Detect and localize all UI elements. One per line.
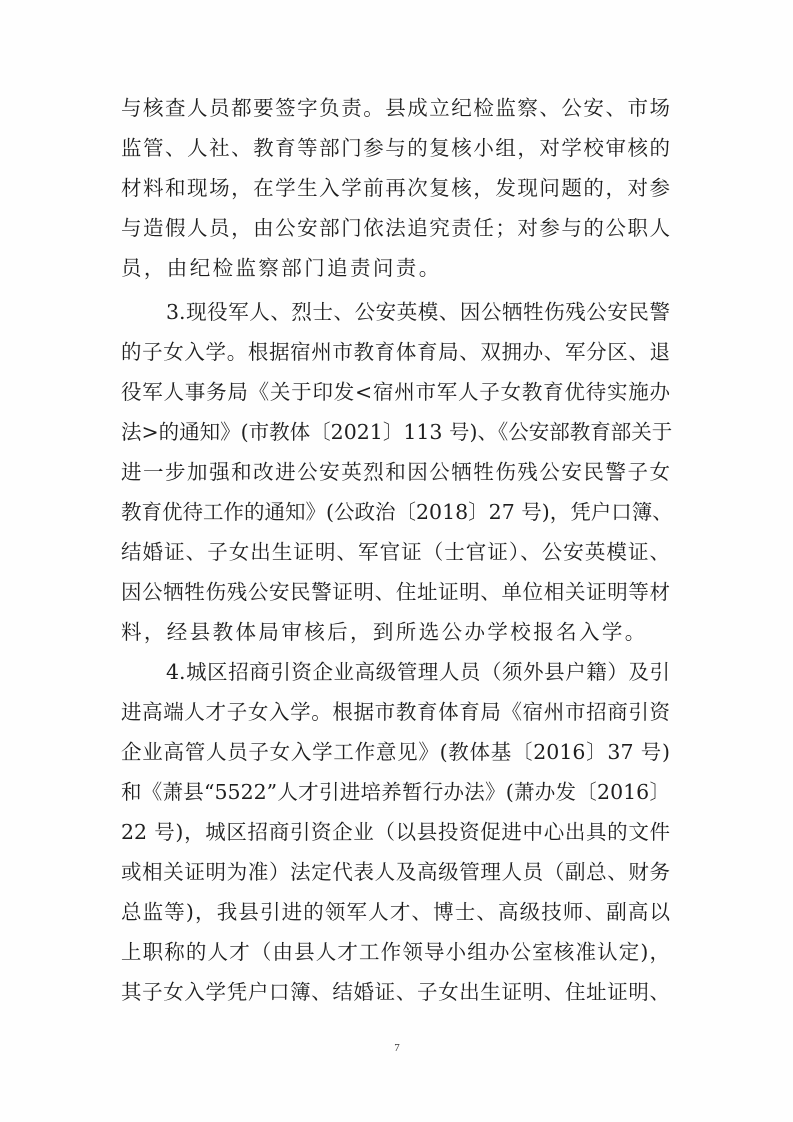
text-line: 或相关证明为准）法定代表人及高级管理人员（副总、财务 [121, 858, 670, 886]
text-line: 员，由纪检监察部门追责问责。 [121, 254, 670, 282]
text-line: 的子女入学。根据宿州市教育体育局、双拥办、军分区、退 [121, 338, 670, 366]
text-line: 法>的通知》(市教体〔2021〕113 号)、《公安部教育部关于 [121, 418, 670, 446]
text-line: 总监等)，我县引进的领军人才、博士、高级技师、副高以 [121, 898, 670, 926]
document-page: 与核查人员都要签字负责。县成立纪检监察、公安、市场 监管、人社、教育等部门参与的… [0, 0, 793, 1122]
text-line: 企业高管人员子女入学工作意见》(教体基〔2016〕37 号) [121, 738, 670, 766]
text-line: 3.现役军人、烈士、公安英模、因公牺牲伤残公安民警 [166, 298, 670, 326]
text-line: 22 号)，城区招商引资企业（以县投资促进中心出具的文件 [121, 818, 670, 846]
text-line: 进高端人才子女入学。根据市教育体育局《宿州市招商引资 [121, 698, 670, 726]
text-line: 料，经县教体局审核后，到所选公办学校报名入学。 [121, 618, 670, 646]
text-line: 其子女入学凭户口簿、结婚证、子女出生证明、住址证明、 [121, 978, 670, 1006]
text-line: 材料和现场，在学生入学前再次复核，发现问题的，对参 [121, 174, 670, 202]
text-line: 教育优待工作的通知》(公政治〔2018〕27 号)，凭户口簿、 [121, 498, 670, 526]
text-line: 结婚证、子女出生证明、军官证（士官证）、公安英模证、 [121, 538, 670, 566]
text-line: 4.城区招商引资企业高级管理人员（须外县户籍）及引 [166, 658, 670, 686]
text-line: 役军人事务局《关于印发<宿州市军人子女教育优待实施办 [121, 378, 670, 406]
text-line: 监管、人社、教育等部门参与的复核小组，对学校审核的 [121, 134, 670, 162]
text-line: 上职称的人才（由县人才工作领导小组办公室核准认定)， [121, 938, 670, 966]
text-line: 和《萧县“5522”人才引进培养暂行办法》(萧办发〔2016〕 [121, 778, 670, 806]
text-line: 因公牺牲伤残公安民警证明、住址证明、单位相关证明等材 [121, 578, 670, 606]
text-line: 与核查人员都要签字负责。县成立纪检监察、公安、市场 [121, 94, 670, 122]
text-line: 进一步加强和改进公安英烈和因公牺牲伤残公安民警子女 [121, 458, 670, 486]
page-number: 7 [390, 1042, 404, 1054]
text-line: 与造假人员，由公安部门依法追究责任；对参与的公职人 [121, 214, 670, 242]
